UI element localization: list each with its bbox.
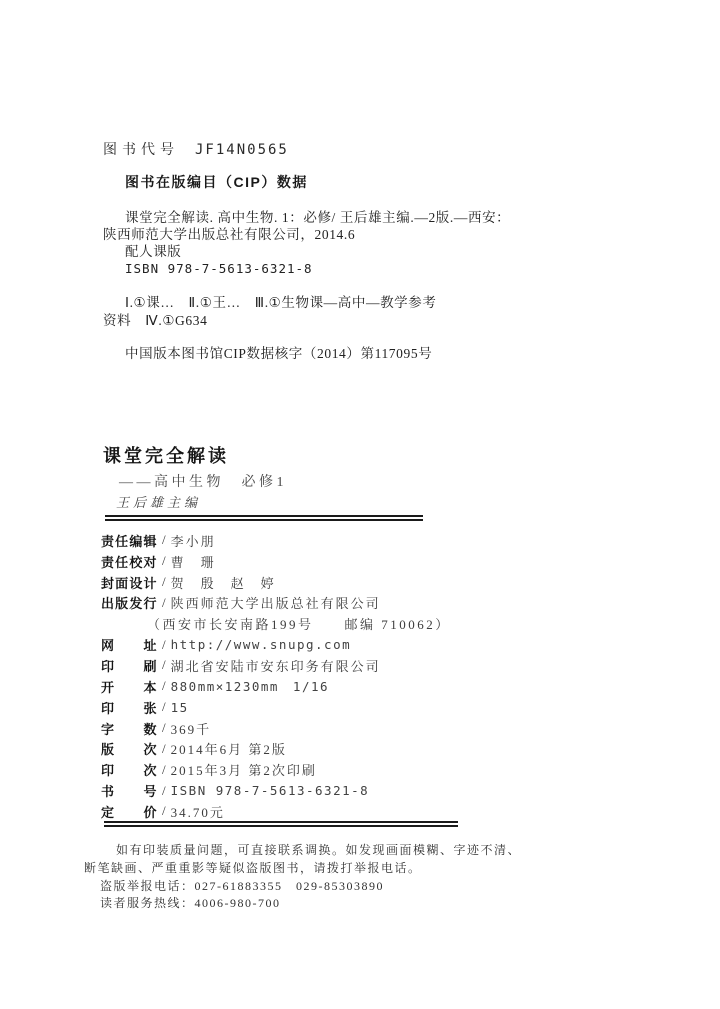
notice-line2: 断笔缺画、严重重影等疑似盗版图书，请拨打举报电话。 [84,860,659,878]
colophon-row-word-count: 字数 / 369千 [101,718,581,739]
quality-notice: 如有印装质量问题，可直接联系调换。如发现画面模糊、字迹不清、 断笔缺画、严重重影… [84,842,659,913]
colophon-separator: / [162,762,166,778]
colophon-row-sheets: 印张 / 15 [101,697,581,718]
colophon-value: 贺 殷 赵 婷 [171,573,276,592]
divider-bottom-double-rule [104,821,458,827]
colophon-separator: / [162,532,166,548]
colophon-row-publisher-address: （西安市长安南路199号 邮编 710062） [101,613,581,634]
colophon-separator: / [162,803,166,819]
colophon-separator: / [162,720,166,736]
colophon-row-format: 开本 / 880mm×1230mm 1/16 [101,676,581,697]
cip-class-line1: Ⅰ.①课… Ⅱ.①王… Ⅲ.①生物课—高中—教学参考 [103,294,563,312]
colophon-row-publisher: 出版发行 / 陕西师范大学出版总社有限公司 [101,593,581,614]
colophon-separator: / [162,678,166,694]
colophon-value: 15 [171,700,189,715]
book-editor: 王后雄主编 [116,492,201,511]
colophon-separator: / [162,595,166,611]
colophon-table: 责任编辑 / 李小朋 责任校对 / 曹 珊 封面设计 / 贺 殷 赵 婷 出版发… [101,530,581,822]
cip-classification-block: Ⅰ.①课… Ⅱ.①王… Ⅲ.①生物课—高中—教学参考 资料 Ⅳ.①G634 [103,294,563,329]
colophon-separator: / [162,574,166,590]
colophon-separator: / [162,741,166,757]
cip-line-isbn: ISBN 978-7-5613-6321-8 [103,261,553,278]
divider-top-double-rule [105,515,423,521]
colophon-separator: / [162,553,166,569]
colophon-row-cover-design: 封面设计 / 贺 殷 赵 婷 [101,572,581,593]
colophon-label: 印次 [101,760,157,779]
book-title: 课堂完全解读 [103,442,229,468]
colophon-row-edition: 版次 / 2014年6月 第2版 [101,738,581,759]
cip-data-block: 课堂完全解读. 高中生物. 1：必修/ 王后雄主编.—2版.—西安： 陕西师范大… [103,210,553,278]
colophon-row-proofreader: 责任校对 / 曹 珊 [101,551,581,572]
colophon-label: 字数 [101,719,157,738]
colophon-label: 版次 [101,739,157,758]
colophon-separator: / [162,699,166,715]
colophon-value: 曹 珊 [171,552,216,571]
colophon-value: ISBN 978-7-5613-6321-8 [171,783,370,798]
cip-class-line2: 资料 Ⅳ.①G634 [103,312,563,330]
colophon-row-printing: 印次 / 2015年3月 第2次印刷 [101,759,581,780]
colophon-separator: / [162,637,166,653]
colophon-row-printer: 印刷 / 湖北省安陆市安东印务有限公司 [101,655,581,676]
piracy-hotline: 盗版举报电话：027-61883355 029-85303890 [100,878,659,896]
cip-line-title: 课堂完全解读. 高中生物. 1：必修/ 王后雄主编.—2版.—西安： [103,210,553,227]
colophon-value: 880mm×1230mm 1/16 [171,677,329,695]
colophon-value: 2014年6月 第2版 [171,739,287,758]
book-code-row: 图书代号 JF14N0565 [103,139,289,159]
colophon-value-url: http://www.snupg.com [171,637,352,652]
colophon-row-editor: 责任编辑 / 李小朋 [101,530,581,551]
colophon-value: 369千 [171,719,212,738]
colophon-label: 网址 [101,635,157,654]
colophon-label: 出版发行 [101,593,157,612]
colophon-label: 定价 [101,802,157,821]
notice-line1: 如有印装质量问题，可直接联系调换。如发现画面模糊、字迹不清、 [84,842,659,860]
cip-record-number: 中国版本图书馆CIP数据核字（2014）第117095号 [125,342,432,362]
cip-header: 图书在版编目（CIP）数据 [125,172,308,192]
copyright-page: 图书代号 JF14N0565 图书在版编目（CIP）数据 课堂完全解读. 高中生… [0,0,720,1009]
colophon-label: 开本 [101,677,157,696]
colophon-separator: / [162,657,166,673]
colophon-value: 陕西师范大学出版总社有限公司 [171,593,381,612]
colophon-value: 李小朋 [171,531,216,550]
cip-line-publisher: 陕西师范大学出版总社有限公司，2014.6 [103,227,553,244]
colophon-separator: / [162,783,166,799]
colophon-label: 书号 [101,781,157,800]
colophon-label: 印张 [101,698,157,717]
colophon-label: 责任校对 [101,552,157,571]
book-code-value: JF14N0565 [195,142,289,158]
colophon-value: 湖北省安陆市安东印务有限公司 [171,656,381,675]
book-subtitle: ——高中生物 必修1 [119,471,287,491]
colophon-row-isbn: 书号 / ISBN 978-7-5613-6321-8 [101,780,581,801]
book-code-label: 图书代号 [103,139,179,159]
colophon-value: 34.70元 [171,802,225,821]
reader-service-hotline: 读者服务热线：4006-980-700 [100,895,659,913]
colophon-row-website: 网址 / http://www.snupg.com [101,634,581,655]
colophon-label: 封面设计 [101,573,157,592]
colophon-value: 2015年3月 第2次印刷 [171,760,317,779]
cip-line-edition: 配人课版 [103,244,553,261]
colophon-value: （西安市长安南路199号 邮编 710062） [147,614,451,633]
colophon-label: 印刷 [101,656,157,675]
colophon-row-price: 定价 / 34.70元 [101,801,581,822]
colophon-label: 责任编辑 [101,531,157,550]
